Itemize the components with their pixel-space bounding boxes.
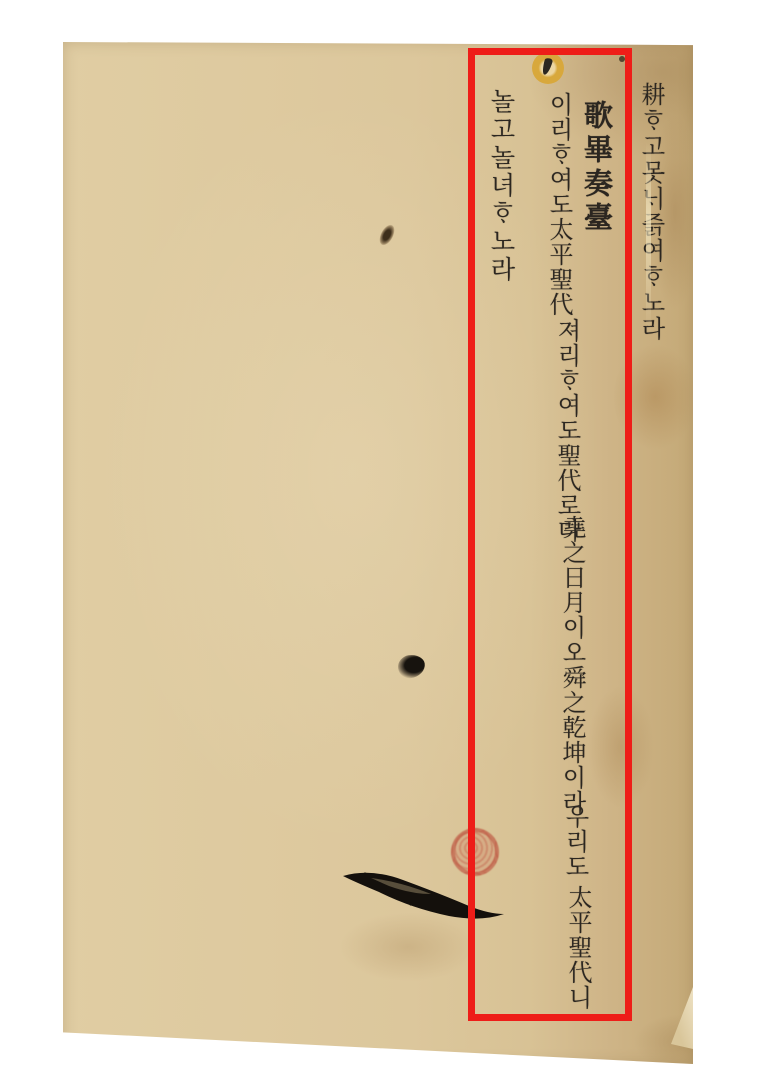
annotation-highlight-box (468, 48, 632, 1021)
paper-crease (646, 142, 651, 332)
scanned-manuscript-screenshot: 耕ᄒᆞ고못ᄂᆡ즑여ᄒᆞ노라 歌畢奏臺 이리ᄒᆞ여도太平聖代 져리ᄒᆞ여도聖代로다… (0, 0, 759, 1079)
brown-ink-speck (377, 222, 398, 247)
folded-page-corner (671, 987, 693, 1049)
black-ink-blob (397, 653, 427, 680)
